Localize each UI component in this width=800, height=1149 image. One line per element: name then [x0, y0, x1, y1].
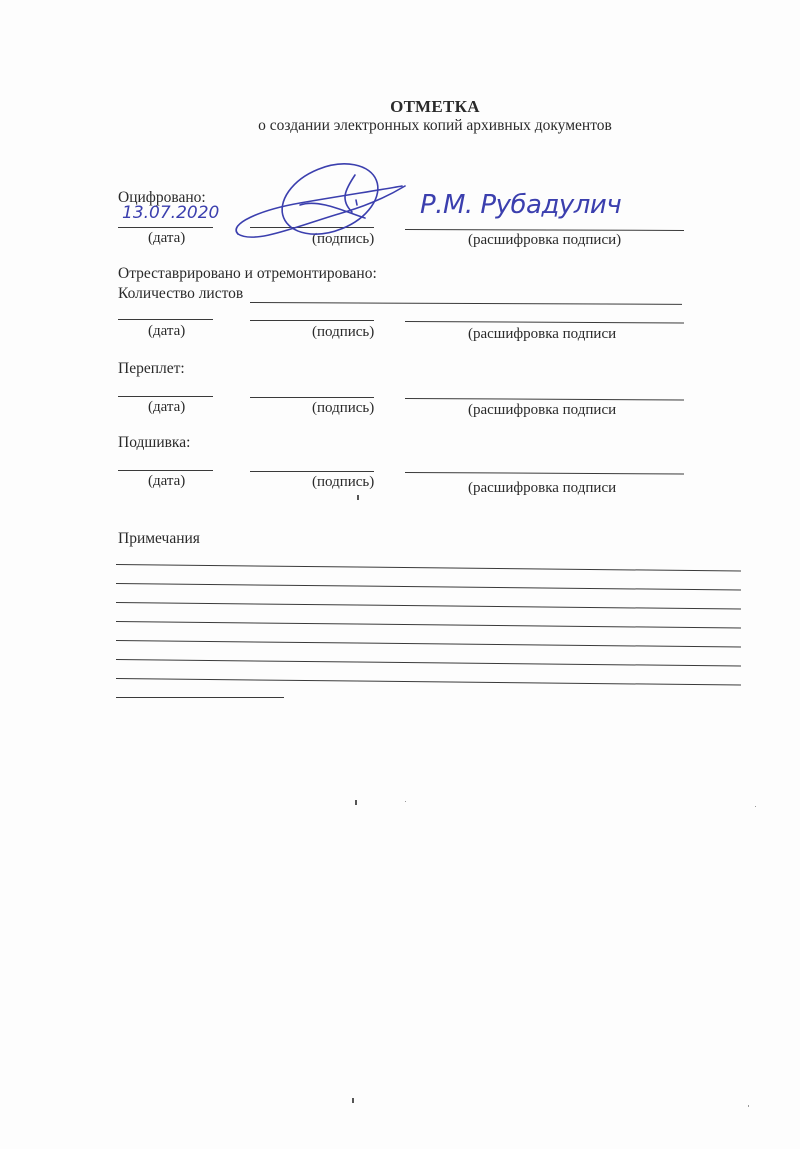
notes-line[interactable] [116, 602, 741, 610]
stitching-decode-line[interactable] [405, 472, 684, 474]
stitching-caption-date: (дата) [148, 473, 185, 490]
notes-line[interactable] [116, 564, 741, 572]
stitching-label: Подшивка: [118, 434, 190, 452]
binding-caption-signature: (подпись) [312, 400, 374, 417]
scan-speck [755, 806, 756, 807]
stitching-caption-signature: (подпись) [312, 474, 374, 491]
scan-speck [355, 800, 357, 805]
sheets-count-field[interactable] [250, 302, 682, 305]
restored-caption-date: (дата) [148, 323, 185, 340]
restored-signature-line[interactable] [250, 320, 374, 321]
binding-signature-line[interactable] [250, 397, 374, 398]
stitching-caption-decode: (расшифровка подписи [468, 480, 616, 497]
binding-date-line[interactable] [118, 396, 213, 397]
notes-line[interactable] [116, 659, 741, 667]
binding-caption-date: (дата) [148, 399, 185, 416]
notes-line[interactable] [116, 621, 741, 629]
restored-label: Отреставрировано и отремонтировано: [118, 265, 377, 283]
sheets-count-label: Количество листов [118, 285, 243, 303]
binding-decode-line[interactable] [405, 398, 684, 400]
restored-caption-decode: (расшифровка подписи [468, 326, 616, 343]
notes-line[interactable] [116, 697, 284, 698]
notes-line[interactable] [116, 678, 741, 686]
scan-speck [405, 801, 406, 802]
binding-caption-decode: (расшифровка подписи [468, 402, 616, 419]
notes-line[interactable] [116, 640, 741, 648]
notes-line[interactable] [116, 583, 741, 591]
handwritten-signature [0, 0, 800, 300]
restored-caption-signature: (подпись) [312, 324, 374, 341]
scan-speck [352, 1098, 354, 1103]
stitching-date-line[interactable] [118, 470, 213, 471]
stitching-signature-line[interactable] [250, 471, 374, 472]
restored-decode-line[interactable] [405, 321, 684, 323]
scanned-page: ОТМЕТКА о создании электронных копий арх… [0, 0, 800, 1149]
restored-date-line[interactable] [118, 319, 213, 320]
scan-speck [357, 495, 359, 500]
binding-label: Переплет: [118, 360, 185, 378]
notes-label: Примечания [118, 530, 200, 548]
scan-speck [748, 1105, 749, 1107]
